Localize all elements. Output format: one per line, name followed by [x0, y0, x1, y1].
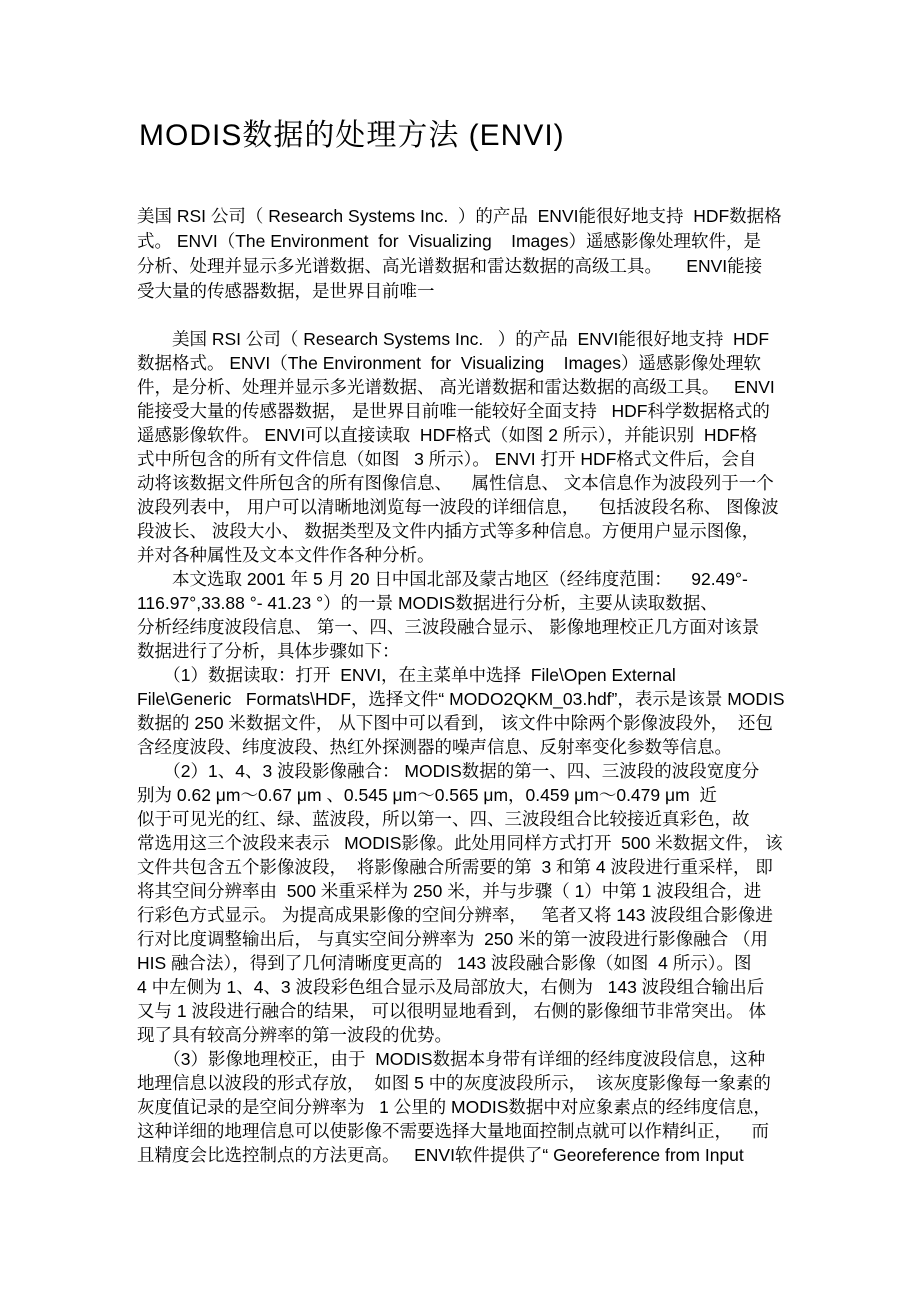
text-line: 116.97°,33.88 °- 41.23 °）的一景 MODIS数据进行分析… [137, 591, 789, 615]
text-line: 遥感影像软件。 ENVI可以直接读取 HDF格式（如图 2 所示），并能识别 H… [137, 423, 789, 447]
text-line: 受大量的传感器数据，是世界目前唯一 [137, 279, 789, 304]
text-line: 式中所包含的所有文件信息（如图 3 所示）。 ENVI 打开 HDF格式文件后，… [137, 447, 789, 471]
paragraph: 美国 RSI 公司（ Research Systems Inc. ）的产品 EN… [137, 327, 789, 567]
text-line: 式。 ENVI（The Environment for Visualizing … [137, 229, 789, 254]
text-line: 灰度值记录的是空间分辨率为 1 公里的 MODIS数据中对应象素点的经纬度信息， [137, 1095, 789, 1119]
paragraph: 本文选取 2001 年 5 月 20 日中国北部及蒙古地区（经纬度范围： 92.… [137, 567, 789, 663]
text-line: 并对各种属性及文本文件作各种分析。 [137, 543, 789, 567]
text-line: （2）1、4、3 波段影像融合： MODIS数据的第一、四、三波段的波段宽度分 [137, 759, 789, 783]
text-line: 行对比度调整输出后， 与真实空间分辨率为 250 米的第一波段进行影像融合 （用 [137, 927, 789, 951]
paragraph: （2）1、4、3 波段影像融合： MODIS数据的第一、四、三波段的波段宽度分别… [137, 759, 789, 1047]
text-line: 将其空间分辨率由 500 米重采样为 250 米，并与步骤（ 1）中第 1 波段… [137, 879, 789, 903]
text-line: 地理信息以波段的形式存放， 如图 5 中的灰度波段所示， 该灰度影像每一象素的 [137, 1071, 789, 1095]
intro-paragraph: 美国 RSI 公司（ Research Systems Inc. ）的产品 EN… [137, 204, 789, 304]
text-line: 这种详细的地理信息可以使影像不需要选择大量地面控制点就可以作精纠正， 而 [137, 1119, 789, 1143]
document-page: MODIS数据的处理方法 (ENVI) 美国 RSI 公司（ Research … [0, 0, 920, 1301]
paragraph: （1）数据读取：打开 ENVI，在主菜单中选择 File\Open Extern… [137, 663, 789, 759]
text-line: 能接受大量的传感器数据， 是世界目前唯一能较好全面支持 HDF科学数据格式的 [137, 399, 789, 423]
text-line: 数据格式。 ENVI（The Environment for Visualizi… [137, 351, 789, 375]
text-line: 段波长、 波段大小、 数据类型及文件内插方式等多种信息。方便用户显示图像， [137, 519, 789, 543]
text-line: 似于可见光的红、绿、蓝波段，所以第一、四、三波段组合比较接近真彩色，故 [137, 807, 789, 831]
text-line: 行彩色方式显示。 为提高成果影像的空间分辨率， 笔者又将 143 波段组合影像进 [137, 903, 789, 927]
document-title: MODIS数据的处理方法 (ENVI) [139, 110, 565, 154]
text-line: （1）数据读取：打开 ENVI，在主菜单中选择 File\Open Extern… [137, 663, 789, 687]
text-line: 4 中左侧为 1、4、3 波段彩色组合显示及局部放大，右侧为 143 波段组合输… [137, 975, 789, 999]
text-line: 常选用这三个波段来表示 MODIS影像。此处用同样方式打开 500 米数据文件，… [137, 831, 789, 855]
text-line: 别为 0.62 μm～0.67 μm 、0.545 μm～0.565 μm，0.… [137, 783, 789, 807]
text-line: 文件共包含五个影像波段， 将影像融合所需要的第 3 和第 4 波段进行重采样， … [137, 855, 789, 879]
text-line: 分析、处理并显示多光谱数据、高光谱数据和雷达数据的高级工具。 ENVI能接 [137, 254, 789, 279]
text-line: File\Generic Formats\HDF，选择文件“ MODO2QKM_… [137, 687, 789, 711]
text-line: 分析经纬度波段信息、 第一、四、三波段融合显示、 影像地理校正几方面对该景 [137, 615, 789, 639]
text-line: 数据的 250 米数据文件， 从下图中可以看到， 该文件中除两个影像波段外， 还… [137, 711, 789, 735]
text-line: 美国 RSI 公司（ Research Systems Inc. ）的产品 EN… [137, 327, 789, 351]
text-line: 本文选取 2001 年 5 月 20 日中国北部及蒙古地区（经纬度范围： 92.… [137, 567, 789, 591]
text-line: 含经度波段、纬度波段、热红外探测器的噪声信息、反射率变化参数等信息。 [137, 735, 789, 759]
text-line: HIS 融合法），得到了几何清晰度更高的 143 波段融合影像（如图 4 所示）… [137, 951, 789, 975]
text-line: 又与 1 波段进行融合的结果， 可以很明显地看到， 右侧的影像细节非常突出。 体 [137, 999, 789, 1023]
text-line: 动将该数据文件所包含的所有图像信息、 属性信息、 文本信息作为波段列于一个 [137, 471, 789, 495]
paragraph: （3）影像地理校正，由于 MODIS数据本身带有详细的经纬度波段信息，这种地理信… [137, 1047, 789, 1167]
text-line: 且精度会比选控制点的方法更高。 ENVI软件提供了“ Georeference … [137, 1143, 789, 1167]
text-line: （3）影像地理校正，由于 MODIS数据本身带有详细的经纬度波段信息，这种 [137, 1047, 789, 1071]
text-line: 美国 RSI 公司（ Research Systems Inc. ）的产品 EN… [137, 204, 789, 229]
text-line: 件，是分析、处理并显示多光谱数据、 高光谱数据和雷达数据的高级工具。 ENVI [137, 375, 789, 399]
text-line: 数据进行了分析，具体步骤如下： [137, 639, 789, 663]
text-line: 现了具有较高分辨率的第一波段的优势。 [137, 1023, 789, 1047]
body-paragraphs: 美国 RSI 公司（ Research Systems Inc. ）的产品 EN… [137, 327, 789, 1167]
text-line: 波段列表中， 用户可以清晰地浏览每一波段的详细信息， 包括波段名称、 图像波 [137, 495, 789, 519]
